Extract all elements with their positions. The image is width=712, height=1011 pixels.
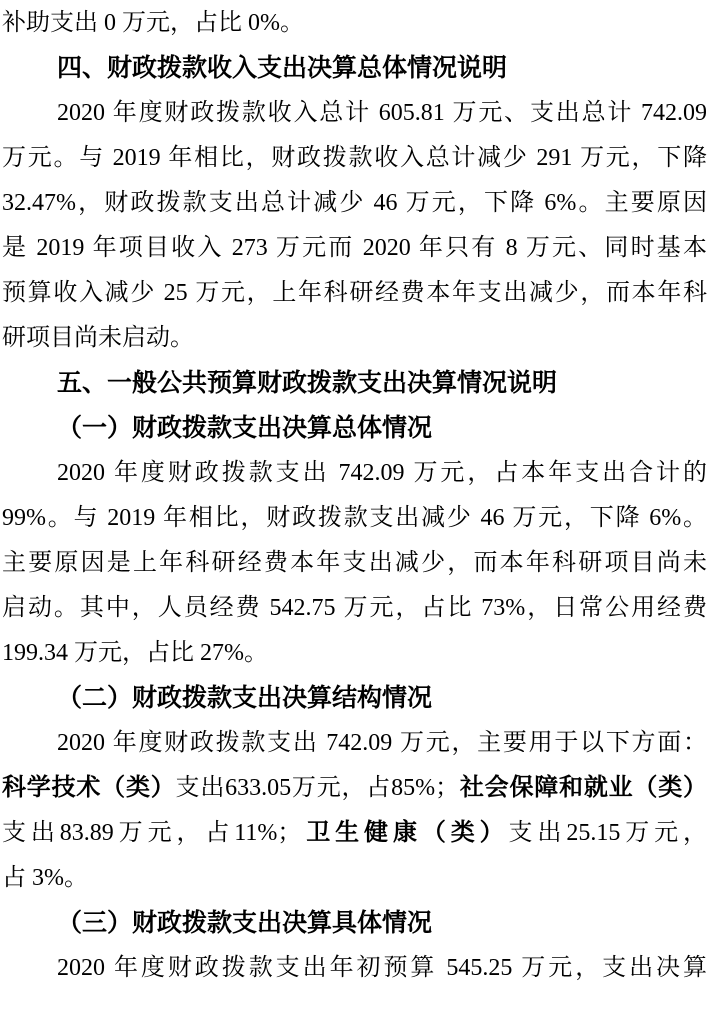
text-segment: 支出83.89万元，占11%； (2, 820, 301, 846)
text-segment: 2020 年度财政拨款支出 742.09 万元，主要用于以下方面： (57, 730, 707, 756)
text-segment: 万元。与 2019 年相比，财政拨款收入总计减少 291 万元，下降 (2, 145, 707, 171)
text-segment: 32.47%，财政拨款支出总计减少 46 万元，下降 6%。主要原因 (2, 190, 707, 216)
body-text-line: 199.34 万元，占比 27%。 (2, 631, 707, 676)
body-text-line: 是 2019 年项目收入 273 万元而 2020 年只有 8 万元、同时基本 (2, 226, 707, 271)
text-segment: 占 3%。 (2, 865, 88, 891)
section-heading: 四、财政拨款收入支出决算总体情况说明 (2, 46, 707, 91)
text-segment: 支出633.05万元，占85%； (176, 775, 460, 801)
text-segment: 2020 年度财政拨款支出年初预算 545.25 万元，支出决算 (57, 955, 707, 981)
body-text-line: 研项目尚未启动。 (2, 316, 707, 361)
body-text-line: 科学技术（类）支出633.05万元，占85%；社会保障和就业（类） (2, 766, 707, 811)
bold-category-term: 科学技术（类） (2, 775, 176, 801)
text-segment: 补助支出 0 万元，占比 0%。 (2, 10, 304, 36)
text-segment: 四、财政拨款收入支出决算总体情况说明 (57, 54, 507, 82)
text-segment: 启动。其中，人员经费 542.75 万元，占比 73%，日常公用经费 (2, 595, 707, 621)
body-text-line: 占 3%。 (2, 856, 707, 901)
bold-category-term: 社会保障和就业（类） (459, 775, 707, 801)
text-segment: 199.34 万元，占比 27%。 (2, 640, 268, 666)
body-text-line: 主要原因是上年科研经费本年支出减少，而本年科研项目尚未 (2, 541, 707, 586)
text-segment: （二）财政拨款支出决算结构情况 (57, 684, 432, 712)
text-segment: 2020 年度财政拨款收入总计 605.81 万元、支出总计 742.09 (57, 100, 707, 126)
text-segment: （三）财政拨款支出决算具体情况 (57, 909, 432, 937)
body-text-line: 万元。与 2019 年相比，财政拨款收入总计减少 291 万元，下降 (2, 136, 707, 181)
body-text-line: 99%。与 2019 年相比，财政拨款支出减少 46 万元，下降 6%。 (2, 496, 707, 541)
text-segment: 99%。与 2019 年相比，财政拨款支出减少 46 万元，下降 6%。 (2, 505, 707, 531)
text-segment: 支出25.15万元， (509, 820, 707, 846)
text-segment: 预算收入减少 25 万元，上年科研经费本年支出减少，而本年科 (2, 280, 707, 306)
text-segment: （一）财政拨款支出决算总体情况 (57, 414, 432, 442)
text-segment: 是 2019 年项目收入 273 万元而 2020 年只有 8 万元、同时基本 (2, 235, 707, 261)
section-heading: （一）财政拨款支出决算总体情况 (2, 406, 707, 451)
body-text-line: 启动。其中，人员经费 542.75 万元，占比 73%，日常公用经费 (2, 586, 707, 631)
body-text-line: 2020 年度财政拨款支出 742.09 万元，占本年支出合计的 (2, 451, 707, 496)
body-text-line: 2020 年度财政拨款收入总计 605.81 万元、支出总计 742.09 (2, 91, 707, 136)
body-text-line: 32.47%，财政拨款支出总计减少 46 万元，下降 6%。主要原因 (2, 181, 707, 226)
body-text-line: 支出83.89万元，占11%；卫生健康（类）支出25.15万元， (2, 811, 707, 856)
body-text-line: 2020 年度财政拨款支出 742.09 万元，主要用于以下方面： (2, 721, 707, 766)
text-segment: 五、一般公共预算财政拨款支出决算情况说明 (57, 369, 557, 397)
bold-category-term: 卫生健康（类） (301, 820, 508, 846)
text-segment: 2020 年度财政拨款支出 742.09 万元，占本年支出合计的 (57, 460, 707, 486)
section-heading: （三）财政拨款支出决算具体情况 (2, 901, 707, 946)
text-segment: 研项目尚未启动。 (2, 325, 194, 351)
section-heading: （二）财政拨款支出决算结构情况 (2, 676, 707, 721)
body-text-line: 补助支出 0 万元，占比 0%。 (2, 1, 707, 46)
section-heading: 五、一般公共预算财政拨款支出决算情况说明 (2, 361, 707, 406)
body-text-line: 预算收入减少 25 万元，上年科研经费本年支出减少，而本年科 (2, 271, 707, 316)
document-body: 补助支出 0 万元，占比 0%。四、财政拨款收入支出决算总体情况说明2020 年… (2, 1, 707, 991)
document-page: 补助支出 0 万元，占比 0%。四、财政拨款收入支出决算总体情况说明2020 年… (0, 0, 712, 1011)
text-segment: 主要原因是上年科研经费本年支出减少，而本年科研项目尚未 (2, 550, 707, 576)
body-text-line: 2020 年度财政拨款支出年初预算 545.25 万元，支出决算 (2, 946, 707, 991)
